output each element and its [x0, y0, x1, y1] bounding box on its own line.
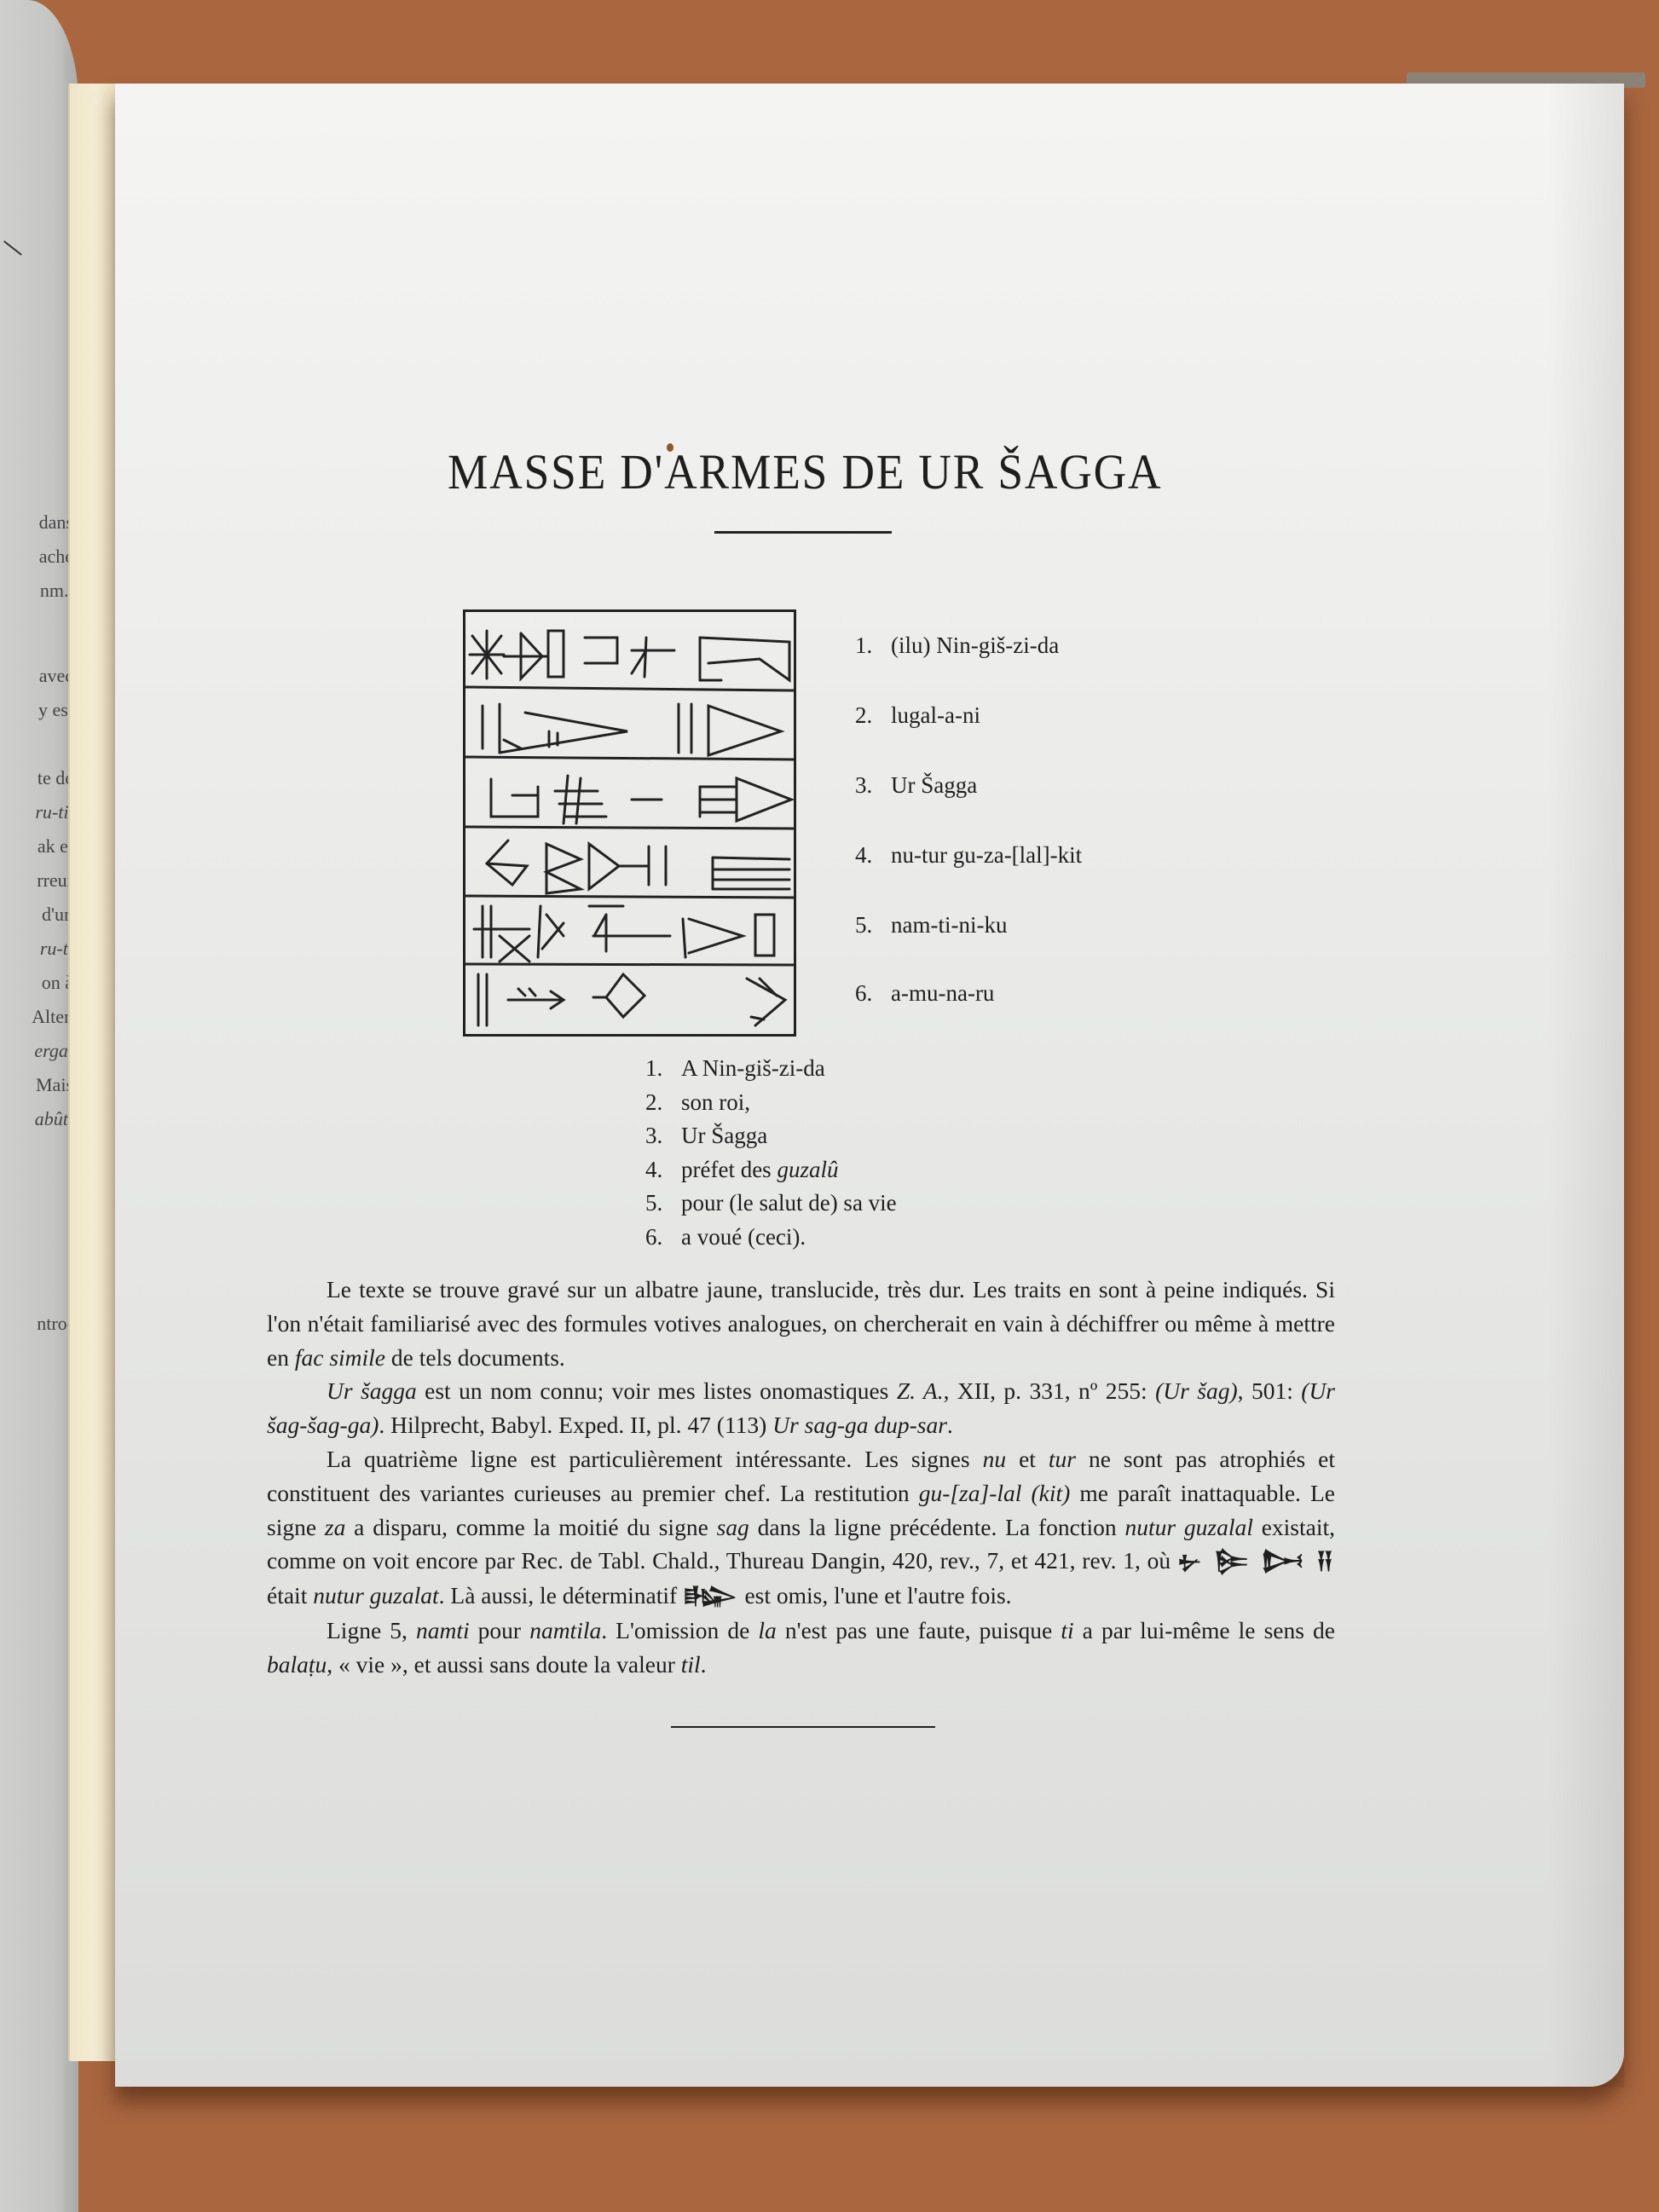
page-title: MASSE D'ARMES DE UR ŠAGGA	[448, 443, 1162, 500]
line-text: nu-tur gu-za-[lal]-kit	[891, 842, 1082, 868]
book-page	[115, 84, 1624, 2087]
line-number: 5.	[855, 912, 891, 939]
line-number: 6.	[645, 1224, 681, 1250]
line-number: 3.	[645, 1123, 681, 1149]
line-text: A Nin-giš-zi-da	[681, 1055, 825, 1081]
transliteration-line: 5.nam-ti-ni-ku	[855, 912, 1007, 939]
line-number: 2.	[855, 702, 891, 729]
line-number: 1.	[645, 1055, 681, 1082]
transliteration-line: 2.lugal-a-ni	[855, 702, 980, 729]
cuneiform-signs-icon: 𒉡 𒌉 𒄖 𒍝	[1177, 1547, 1335, 1574]
end-rule	[671, 1726, 935, 1728]
cuneiform-tablet-facsimile	[463, 609, 796, 1037]
line-text: pour (le salut de) sa vie	[681, 1190, 897, 1216]
line-text: Ur Šagga	[681, 1123, 767, 1148]
cuneiform-signs-icon	[465, 612, 794, 1034]
line-number: 1.	[855, 632, 891, 659]
paragraph-2: Ur šagga est un nom connu; voir mes list…	[267, 1374, 1335, 1442]
line-text: son roi,	[681, 1089, 750, 1115]
commentary-text: Le texte se trouve gravé sur un albatre …	[267, 1273, 1335, 1682]
translation-line: 3.Ur Šagga	[645, 1123, 767, 1149]
line-number: 3.	[855, 772, 891, 799]
paragraph-4: Ligne 5, namti pour namtila. L'omission …	[267, 1614, 1335, 1682]
translation-line: 4.préfet des guzalû	[645, 1157, 838, 1183]
line-number: 4.	[855, 842, 891, 869]
transliteration-line: 1.(ilu) Nin-giš-zi-da	[855, 632, 1059, 659]
line-text: Ur Šagga	[891, 772, 977, 798]
translation-line: 1.A Nin-giš-zi-da	[645, 1055, 825, 1082]
determinative-sign-icon: 𒈗	[683, 1582, 739, 1609]
line-text: préfet des	[681, 1157, 777, 1182]
transliteration-line: 4.nu-tur gu-za-[lal]-kit	[855, 842, 1082, 869]
translation-line: 2.son roi,	[645, 1089, 750, 1116]
left-page-text-fragment: Alten	[32, 1006, 73, 1028]
title-rule	[714, 531, 892, 534]
previous-page-fragment: dansachenm.,avecy estte deru-ti,ak etrre…	[0, 0, 78, 2212]
paragraph-3: La quatrième ligne est particulièrement …	[267, 1442, 1335, 1614]
translation-line: 6.a voué (ceci).	[645, 1224, 806, 1250]
line-text: nam-ti-ni-ku	[891, 912, 1007, 938]
translation-line: 5.pour (le salut de) sa vie	[645, 1190, 897, 1216]
page-shadow	[1547, 84, 1624, 2087]
line-text: a voué (ceci).	[681, 1224, 806, 1250]
line-number: 2.	[645, 1089, 681, 1116]
paragraph-1: Le texte se trouve gravé sur un albatre …	[267, 1273, 1335, 1374]
pen-mark	[3, 240, 22, 256]
line-text: (ilu) Nin-giš-zi-da	[891, 632, 1059, 658]
transliteration-line: 3.Ur Šagga	[855, 772, 977, 799]
line-text-italic: guzalû	[777, 1157, 838, 1182]
line-number: 6.	[855, 980, 891, 1007]
book-binding-flap	[68, 84, 121, 2061]
line-number: 4.	[645, 1157, 681, 1183]
line-text: a-mu-na-ru	[891, 980, 994, 1006]
transliteration-line: 6.a-mu-na-ru	[855, 980, 994, 1007]
line-number: 5.	[645, 1190, 681, 1216]
line-text: lugal-a-ni	[891, 702, 980, 728]
